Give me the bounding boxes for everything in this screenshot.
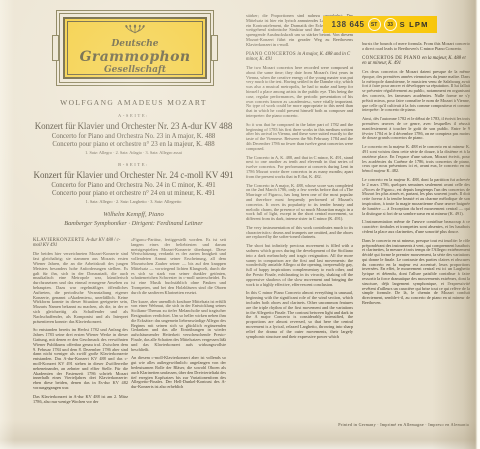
paragraph: In this C minor Piano Concerto almost ev… [246, 291, 353, 339]
paragraph: Le concerto en la majeur K. 488 et le co… [362, 145, 470, 174]
side-b-title-french: Concerto pour piano et orchestre n° 24 e… [12, 190, 255, 197]
notes-column-french: bursts the bounds of mere formula. From … [362, 42, 470, 310]
paragraph: The very instrumentation of this work co… [246, 226, 353, 240]
paragraph: Le concerto en la majeur K. 488, dont la… [362, 178, 470, 216]
rpm-33-icon: 33 [384, 18, 397, 31]
paragraph: Ces deux concertos de Mozart datent pres… [362, 70, 470, 113]
side-b-movements: 1. Satz: Allegro · 2. Satz: Larghetto · … [12, 199, 255, 204]
tulip-crest-icon [119, 21, 151, 39]
catalog-number-band: 138 645 ST 33 S LPM [323, 16, 437, 33]
side-b-title-english: Concerto for Piano and Orchestra No. 24 … [12, 182, 255, 189]
paragraph: The two Mozart concertos here recorded w… [246, 66, 353, 119]
side-a-label: A-SEITE: [12, 113, 255, 118]
paragraph: So entstanden bereits im Herbst 1782 und… [33, 328, 128, 390]
paragraph: »Figaro«-Partitur, fertiggestellt worden… [131, 238, 226, 296]
german-notes-paragraphs-2: »Figaro«-Partitur, fertiggestellt worden… [131, 238, 226, 390]
english-notes-continuation: bursts the bounds of mere formula. From … [362, 42, 470, 52]
english-notes-paragraphs: The two Mozart concertos here recorded w… [246, 66, 353, 339]
paragraph: The Concerto in A, K. 488, and that in C… [246, 156, 353, 180]
print-origin-line: Printed in Germany · Imprimé en Allemagn… [338, 422, 469, 427]
notes-column-english: stärker; die Proportionen sind nahezu um… [246, 14, 353, 343]
paragraph: Ainsi, dès l'automne 1782 et le début de… [362, 117, 470, 141]
catalog-suffix: S LPM [400, 20, 429, 29]
paragraph: Der kurze, aber unendlich kostbare Mitte… [131, 300, 226, 353]
paragraph: Dans le concerto en ut mineur, presque t… [362, 239, 470, 306]
german-notes-heading: KLAVIERKONZERTE A-dur KV 488 / c-moll KV… [33, 238, 128, 248]
notes-column-german-2: »Figaro«-Partitur, fertiggestellt worden… [131, 238, 226, 394]
title-block: WOLFGANG AMADEUS MOZART A-SEITE: Konzert… [12, 98, 255, 227]
logo-text-deutsche: Deutsche [111, 40, 158, 49]
paragraph: Das Klavierkonzert in A-dur KV 488 ist a… [33, 395, 128, 405]
side-a-movements: 1. Satz: Allegro · 2. Satz: Adagio · 3. … [12, 150, 255, 155]
notes-column-german-1: KLAVIERKONZERTE A-dur KV 488 / c-moll KV… [33, 238, 128, 408]
logo-panel: Deutsche Grammophon Gesellschaft [63, 17, 207, 79]
french-notes-heading: CONCERTOS DE PIANO en la majeur, K. 488 … [362, 56, 470, 66]
paragraph: An diesem c-moll-Klavierkonzert aber ist… [131, 356, 226, 390]
side-b-title-german: Konzert für Klavier und Orchester Nr. 24… [12, 170, 255, 180]
paragraph: The Concerto in A major, K. 488, whose s… [246, 184, 353, 222]
catalog-number: 138 645 [331, 20, 364, 29]
side-b-label: B-SEITE: [12, 162, 255, 167]
paragraph: L'instrumentation même de l'œuvre contri… [362, 220, 470, 234]
logo-text-gesellschaft: Gesellschaft [104, 66, 166, 75]
french-notes-paragraphs: Ces deux concertos de Mozart datent pres… [362, 70, 470, 306]
paragraph: Die beiden hier verzeichneten Mozart-Kon… [33, 252, 128, 324]
english-notes-heading: PIANO CONCERTOS in A major, K. 488 and i… [246, 52, 353, 62]
logo-frame: Deutsche Grammophon Gesellschaft [59, 13, 211, 83]
side-a-title-english: Concerto for Piano and Orchestra No. 23 … [12, 133, 255, 140]
side-a-title-german: Konzert für Klavier und Orchester Nr. 23… [12, 121, 255, 131]
composer-name: WOLFGANG AMADEUS MOZART [12, 98, 255, 107]
artist-credit: Wilhelm Kempff, Piano [12, 211, 255, 218]
german-notes-paragraphs-1: Die beiden hier verzeichneten Mozart-Kon… [33, 252, 128, 404]
stereo-icon: ST [368, 18, 381, 31]
deutsche-grammophon-logo: Deutsche Grammophon Gesellschaft [56, 10, 214, 86]
logo-text-grammophon: Grammophon [80, 50, 191, 65]
side-a-title-french: Concerto pour piano et orchestre n° 23 e… [12, 141, 255, 148]
paragraph: So it was that he composed in the latter… [246, 123, 353, 152]
paragraph: The short but infinitely precious moveme… [246, 244, 353, 287]
orchestra-credit: Bamberger Symphoniker · Dirigent: Ferdin… [12, 220, 255, 227]
